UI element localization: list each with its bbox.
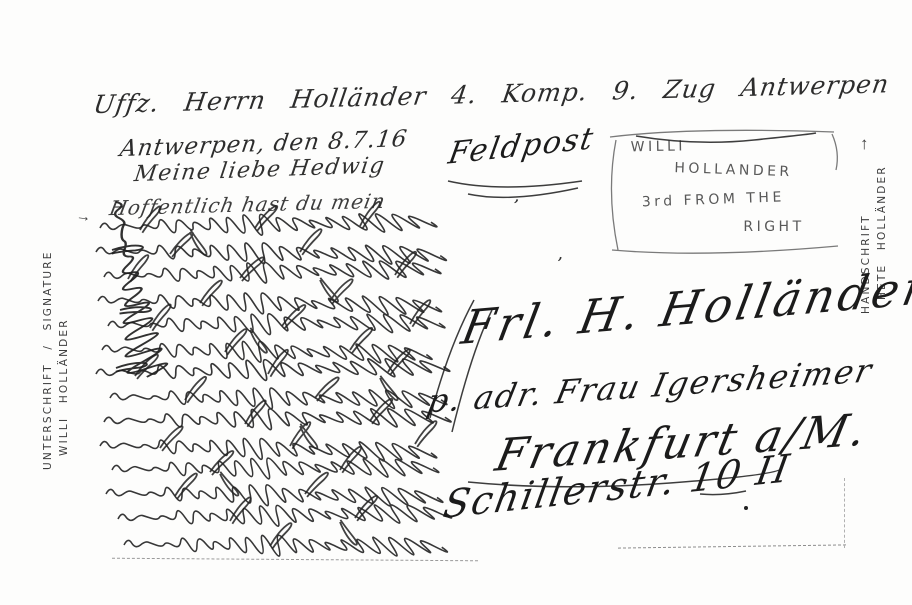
left-margin-annotation: UNTERSCHRIFT / SIGNATURE WILLI HOLLÄNDER (40, 250, 72, 470)
scan-edge-line (112, 558, 478, 562)
photo-note-line: 3rd FROM THE (642, 189, 785, 210)
message-first-line: Hoffentlich hast du mein (108, 189, 388, 220)
stray-pen-mark: ’ (554, 254, 563, 276)
message-loop-strokes (127, 199, 436, 552)
message-scrawl-lines (96, 211, 452, 557)
photo-note-line: WILLI (631, 138, 686, 155)
right-arrow-icon: → (75, 207, 92, 226)
up-arrow-icon: ↑ (860, 134, 869, 154)
photo-note-line: HOLLANDER (674, 160, 793, 180)
postcard-scan: UNTERSCHRIFT / SIGNATURE WILLI HOLLÄNDER… (0, 0, 912, 605)
vertical-signature-scrawl (98, 198, 169, 381)
photo-note-box: WILLI HOLLANDER 3rd FROM THE RIGHT (611, 126, 835, 252)
scan-edge-line (618, 544, 846, 548)
photo-note-line: RIGHT (743, 219, 804, 235)
scan-edge-line (844, 478, 845, 548)
signature-label: UNTERSCHRIFT / SIGNATURE (42, 250, 54, 470)
address-recipient: Frl. H. Holländer (457, 259, 912, 355)
sender-line: Uffz. Herrn Holländer 4. Komp. 9. Zug An… (92, 69, 892, 119)
stray-pen-mark: ’ (509, 196, 520, 218)
signature-name-label: WILLI HOLLÄNDER (56, 250, 72, 470)
ink-speck (744, 506, 748, 510)
feldpost-label: Feldpost (446, 121, 598, 172)
